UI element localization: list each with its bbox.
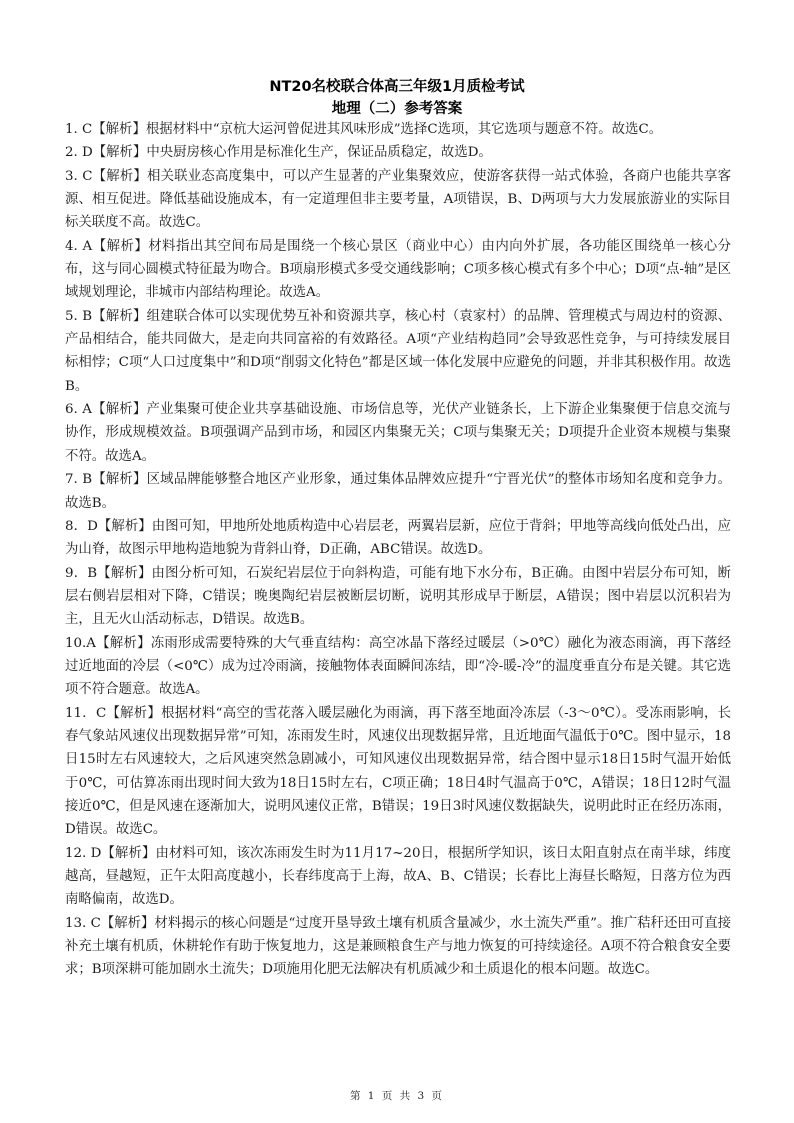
answer-item-2: 2. D【解析】中央厨房核心作用是标准化生产，保证品质稳定，故选D。 [65,141,731,164]
answer-item-4: 4. A【解析】材料指出其空间布局是围绕一个核心景区（商业中心）由内向外扩展，各… [65,235,731,305]
document-page: NT20名校联合体高三年级1月质检考试 地理（二）参考答案 1. C【解析】根据… [0,0,794,1123]
answer-item-10: 10.A【解析】冻雨形成需要特殊的大气垂直结构：高空冰晶下落经过暖层（>0℃）融… [65,632,731,702]
answer-item-12: 12. D【解析】由材料可知，该次冻雨发生时为11月17~20日，根据所学知识，… [65,842,731,912]
answer-item-5: 5. B【解析】组建联合体可以实现优势互补和资源共享，核心村（袁家村）的品牌、管… [65,305,731,398]
answer-item-8: 8．D【解析】由图可知，甲地所处地质构造中心岩层老，两翼岩层新，应位于背斜；甲地… [65,515,731,562]
document-subtitle: 地理（二）参考答案 [0,97,794,118]
answer-item-6: 6. A【解析】产业集聚可使企业共享基础设施、市场信息等，光伏产业链条长，上下游… [65,398,731,468]
page-footer: 第 1 页 共 3 页 [0,1088,794,1103]
answer-item-11: 11．C【解析】根据材料“高空的雪花落入暖层融化为雨滴，再下落至地面冷冻层（-3… [65,702,731,842]
answer-list: 1. C【解析】根据材料中“京杭大运河曾促进其风味形成”选择C选项，其它选项与题… [65,118,731,982]
answer-item-9: 9．B【解析】由图分析可知，石炭纪岩层位于向斜构造，可能有地下水分布，B正确。由… [65,562,731,632]
answer-item-13: 13. C【解析】材料揭示的核心问题是“过度开垦导致土壤有机质含量减少，水土流失… [65,912,731,982]
answer-item-1: 1. C【解析】根据材料中“京杭大运河曾促进其风味形成”选择C选项，其它选项与题… [65,118,731,141]
document-title: NT20名校联合体高三年级1月质检考试 [0,75,794,96]
answer-item-3: 3. C【解析】相关联业态高度集中，可以产生显著的产业集聚效应，使游客获得一站式… [65,165,731,235]
answer-item-7: 7. B【解析】区域品牌能够整合地区产业形象，通过集体品牌效应提升“宁晋光伏”的… [65,468,731,515]
